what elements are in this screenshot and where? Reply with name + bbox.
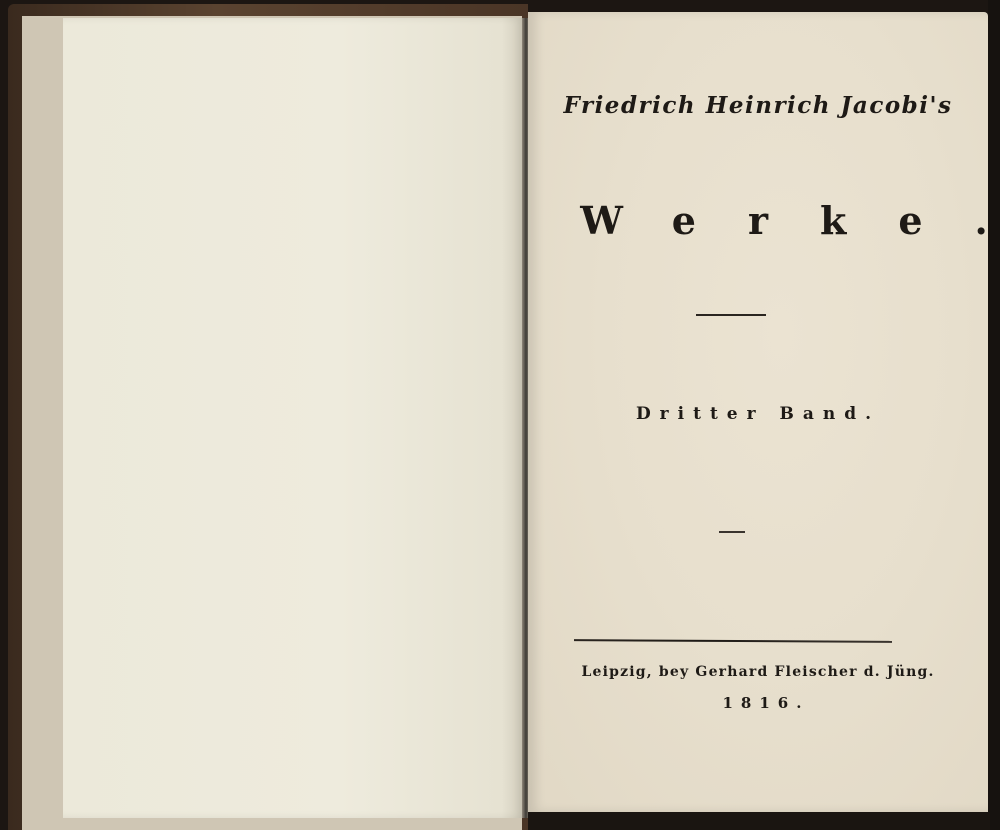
blank-flyleaf-page xyxy=(63,18,525,818)
background-bottom-edge xyxy=(528,812,990,830)
work-title: Werke. xyxy=(528,198,1000,243)
long-divider-rule xyxy=(574,639,892,643)
author-line: Friedrich Heinrich Jacobi's xyxy=(528,92,988,119)
publication-year: 1816. xyxy=(528,694,996,712)
title-page: Friedrich Heinrich Jacobi's Werke. Dritt… xyxy=(528,12,988,812)
background-edge xyxy=(988,0,1000,830)
divider-rule xyxy=(696,314,766,316)
short-divider-rule xyxy=(719,531,745,533)
publisher-imprint: Leipzig, bey Gerhard Fleischer d. Jüng. xyxy=(528,664,988,680)
volume-line: Dritter Band. xyxy=(528,404,988,424)
